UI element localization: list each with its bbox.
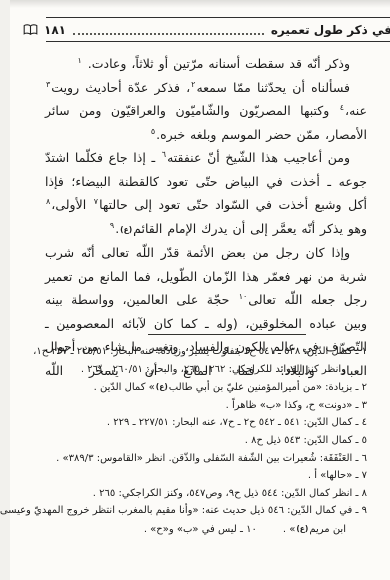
footnote-line: ٥ ـ كمال الدّين: ٥٤٣ ذيل ح٨ .: [20, 432, 357, 450]
text-run: » .: [273, 524, 285, 535]
footnote-ref: ١٠: [228, 292, 239, 301]
text-run: فسألناه أن يحدّثنا ممّا سمعه: [186, 80, 340, 95]
footnotes-section: ١ ـ كمال الدّين: ٥٣٨ ـ ٥٤١ ح١ بتفاوت يسي…: [20, 343, 357, 539]
text-run: وذكر أنّه قد سقطت أسنانه مرّتين أو ثلاثا…: [73, 56, 340, 71]
footnote-line: ٩ ـ في كمال الدّين: ٥٤٦ ذيل حديث عنه: «و…: [20, 502, 357, 520]
book-page: في ذكر طول تعميره ١٨١ وذكر أنّه قد سقطت …: [0, 0, 390, 580]
text-run: ٩ ـ في كمال الدّين: ٥٤٦ ذيل حديث عنه: «و…: [0, 505, 357, 516]
text-run: وهو يذكر أنّه يعمَّر إلى أن يدرك الإمام …: [123, 221, 357, 236]
footnote-line: ٨ ـ انظر كمال الدّين: ٥٤٤ ذيل ح٩، وص٥٤٧،…: [20, 485, 357, 503]
body-text: وذكر أنّه قد سقطت أسنانه مرّتين أو ثلاثا…: [35, 52, 357, 382]
text-run: ٦ ـ العَنْفَقَة: شُعيرات بين الشّفة السّ…: [46, 453, 357, 464]
text-run: ٨ ـ انظر كمال الدّين: ٥٤٤ ذيل ح٩، وص٥٤٧،…: [83, 488, 357, 499]
footnote-line: ١ ـ كمال الدّين: ٥٣٨ ـ ٥٤١ ح١ بتفاوت يسي…: [20, 343, 357, 361]
honorific-mark: (ع): [145, 382, 159, 391]
footnote-line: وانظر كنز الفوائد للكراجكي: ٢٦٢ ـ ٢٦٥، و…: [20, 361, 357, 379]
text-run: ٤ ـ كمال الدّين: ٥٤١ ـ ٥٤٢ ح٢ ـ ح٧، عنه …: [97, 417, 357, 428]
text-run: ١ ـ كمال الدّين: ٥٣٨ ـ ٥٤١ ح١ بتفاوت يسي…: [23, 346, 357, 357]
page-number: ١٨١: [34, 23, 56, 37]
footnote-line: ٦ ـ العَنْفَقَة: شُعيرات بين الشّفة السّ…: [20, 450, 357, 468]
honorific-mark: (ع): [109, 225, 123, 234]
text-run: ٧ ـ «حالها» أ .: [298, 470, 357, 481]
body-paragraph: فسألناه أن يحدّثنا ممّا سمعه٢، فذكر عدّة…: [35, 76, 357, 147]
footnote-line: ٧ ـ «حالها» أ .: [20, 467, 357, 485]
header-rule-bottom: [36, 41, 386, 42]
footnote-line: ٣ ـ «دونت» ح، وكذا «ب» ظاهراً .: [20, 397, 357, 415]
text-run: ، فذكر عدّة أحاديث رويت: [41, 80, 180, 95]
text-run: ابن مريم: [299, 524, 336, 535]
chapter-title: في ذكر طول تعميره: [261, 23, 382, 37]
footnote-line: ٤ ـ كمال الدّين: ٥٤١ ـ ٥٤٢ ح٢ ـ ح٧، عنه …: [20, 414, 357, 432]
footnote-line: ٢ ـ بزيادة: «من أميرالمؤمنين عليّ بن أبي…: [20, 378, 357, 397]
body-paragraph: ومن أعاجيب هذا الشّيخ أنّ عنفقته٦ ـ إذا …: [35, 146, 357, 241]
footnote-separator: [138, 334, 296, 335]
open-book-icon: [13, 24, 28, 36]
text-run: ومن أعاجيب هذا الشّيخ أنّ عنفقته: [157, 150, 340, 165]
text-run: الأولى،: [41, 197, 82, 212]
page-header: في ذكر طول تعميره ١٨١: [13, 20, 382, 39]
text-run: عنه،: [335, 103, 357, 118]
text-run: وانظر كنز الفوائد للكراجكي: ٢٦٢ ـ ٢٦٥، و…: [71, 364, 336, 375]
text-run: ١٠ ـ ليس في «ب» و«ح» .: [134, 524, 247, 535]
text-run: ٣ ـ «دونت» ح، وكذا «ب» ظاهراً .: [216, 400, 357, 411]
footnote-line: ابن مريم(ع)» .١٠ ـ ليس في «ب» و«ح» .: [20, 520, 357, 539]
honorific-mark: (ع): [285, 524, 299, 533]
header-rule-top: [36, 17, 386, 18]
body-paragraph: وذكر أنّه قد سقطت أسنانه مرّتين أو ثلاثا…: [35, 52, 357, 76]
dotted-leader: [63, 33, 254, 35]
text-run: ٢ ـ بزيادة: «من أميرالمؤمنين عليّ بن أبي…: [159, 382, 357, 393]
text-run: » كمال الدّين .: [84, 382, 145, 393]
text-run: وكتبها المصريّون والشّاميّون والعراقيّون…: [35, 103, 357, 142]
text-run: ٥ ـ كمال الدّين: ٥٤٣ ذيل ح٨ .: [235, 435, 357, 446]
